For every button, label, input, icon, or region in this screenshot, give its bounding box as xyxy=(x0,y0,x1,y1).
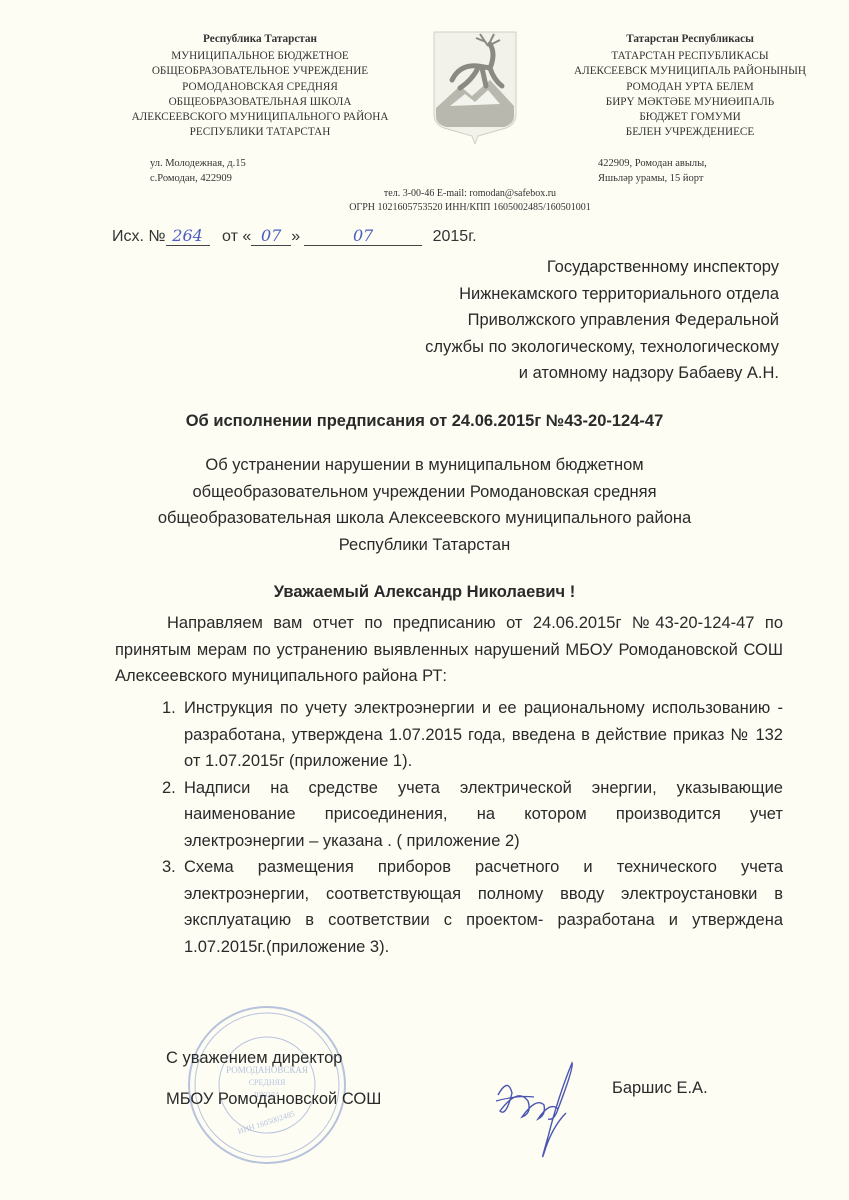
list-item-number: 1. xyxy=(162,695,184,775)
intro-text: Направляем вам отчет по предписанию от 2… xyxy=(115,614,783,685)
subject-line: общеобразовательном учреждении Ромоданов… xyxy=(0,479,849,506)
outgoing-number-line: Исх. №264 от «07»07 2015г. xyxy=(112,226,477,246)
subject-title: Об исполнении предписания от 24.06.2015г… xyxy=(0,412,849,431)
address-left-line: с.Ромодан, 422909 xyxy=(150,172,246,187)
outgoing-month: 07 xyxy=(304,226,422,246)
address-left: ул. Молодежная, д.15 с.Ромодан, 422909 xyxy=(150,157,246,186)
measures-list: 1. Инструкция по учету электроэнергии и … xyxy=(162,695,783,960)
address-right-line: 422909, Ромодан авылы, xyxy=(598,157,707,172)
addressee-line: Нижнекамского территориального отдела xyxy=(219,281,779,308)
signer-name: Баршис Е.А. xyxy=(612,1079,708,1098)
letterhead-left-line: РОМОДАНОВСКАЯ СРЕДНЯЯ xyxy=(110,80,410,95)
letterhead-right-line: ТАТАРСТАН РЕСПУБЛИКАСЫ xyxy=(540,49,840,64)
addressee-block: Государственному инспектору Нижнекамског… xyxy=(219,254,779,387)
list-item: 1. Инструкция по учету электроэнергии и … xyxy=(162,695,783,775)
addressee-line: Государственному инспектору xyxy=(219,254,779,281)
outgoing-year: 2015г. xyxy=(433,228,477,245)
from-label: от « xyxy=(222,228,251,245)
intro-paragraph: Направляем вам отчет по предписанию от 2… xyxy=(115,610,783,690)
letterhead-left-title: Республика Татарстан xyxy=(110,32,410,47)
letterhead-left-line: ОБЩЕОБРАЗОВАТЕЛЬНАЯ ШКОЛА xyxy=(110,95,410,110)
letterhead-right-line: БЮДЖЕТ ГОМУМИ xyxy=(540,110,840,125)
phone-email: тел. 3-00-46 E-mail: romodan@safebox.ru xyxy=(300,187,640,201)
subject-body: Об устранении нарушении в муниципальном … xyxy=(0,452,849,558)
list-item: 2. Надписи на средстве учета электрическ… xyxy=(162,775,783,855)
outgoing-day: 07 xyxy=(251,226,291,246)
letterhead-right-line: БЕЛЕН УЧРЕЖДЕНИЕСЕ xyxy=(540,125,840,140)
letterhead-right-title: Татарстан Республикасы xyxy=(540,32,840,47)
addressee-line: службы по экологическому, технологическо… xyxy=(219,334,779,361)
addressee-line: Приволжского управления Федеральной xyxy=(219,307,779,334)
addressee-line: и атомному надзору Бабаеву А.Н. xyxy=(219,360,779,387)
letterhead-right-line: АЛЕКСЕЕВСК МУНИЦИПАЛЬ РАЙОНЫНЫҢ xyxy=(540,64,840,79)
address-left-line: ул. Молодежная, д.15 xyxy=(150,157,246,172)
closing-block: С уважением директор МБОУ Ромодановской … xyxy=(166,1038,381,1120)
list-item-text: Инструкция по учету электроэнергии и ее … xyxy=(184,695,783,775)
address-right: 422909, Ромодан авылы, Яшьләр урамы, 15 … xyxy=(598,157,707,186)
subject-line: Об устранении нарушении в муниципальном … xyxy=(0,452,849,479)
closing-line: МБОУ Ромодановской СОШ xyxy=(166,1079,381,1120)
list-item: 3. Схема размещения приборов расчетного … xyxy=(162,854,783,960)
subject-line: общеобразовательная школа Алексеевского … xyxy=(0,505,849,532)
list-item-number: 3. xyxy=(162,854,184,960)
outgoing-prefix: Исх. № xyxy=(112,228,166,245)
subject-line: Республики Татарстан xyxy=(0,532,849,559)
registration-numbers: ОГРН 1021605753520 ИНН/КПП 1605002485/16… xyxy=(300,201,640,215)
signature-icon xyxy=(488,1057,588,1167)
quote-close: » xyxy=(291,228,300,245)
letterhead-right: Татарстан Республикасы ТАТАРСТАН РЕСПУБЛ… xyxy=(540,32,840,140)
list-item-text: Надписи на средстве учета электрической … xyxy=(184,775,783,855)
coat-of-arms-icon xyxy=(420,24,530,144)
closing-line: С уважением директор xyxy=(166,1038,381,1079)
letterhead-left: Республика Татарстан МУНИЦИПАЛЬНОЕ БЮДЖЕ… xyxy=(110,32,410,140)
list-item-number: 2. xyxy=(162,775,184,855)
letterhead-right-line: БИРҮ МӘКТӘБЕ МУНИӨИПАЛЬ xyxy=(540,95,840,110)
letterhead-left-line: МУНИЦИПАЛЬНОЕ БЮДЖЕТНОЕ xyxy=(110,49,410,64)
contacts: тел. 3-00-46 E-mail: romodan@safebox.ru … xyxy=(300,187,640,215)
outgoing-number: 264 xyxy=(166,226,210,246)
letterhead-left-line: РЕСПУБЛИКИ ТАТАРСТАН xyxy=(110,125,410,140)
letterhead-left-line: ОБЩЕОБРАЗОВАТЕЛЬНОЕ УЧРЕЖДЕНИЕ xyxy=(110,64,410,79)
address-right-line: Яшьләр урамы, 15 йорт xyxy=(598,172,707,187)
letterhead-left-line: АЛЕКСЕЕВСКОГО МУНИЦИПАЛЬНОГО РАЙОНА xyxy=(110,110,410,125)
list-item-text: Схема размещения приборов расчетного и т… xyxy=(184,854,783,960)
salutation: Уважаемый Александр Николаевич ! xyxy=(0,583,849,602)
letterhead-right-line: РОМОДАН УРТА БЕЛЕМ xyxy=(540,80,840,95)
